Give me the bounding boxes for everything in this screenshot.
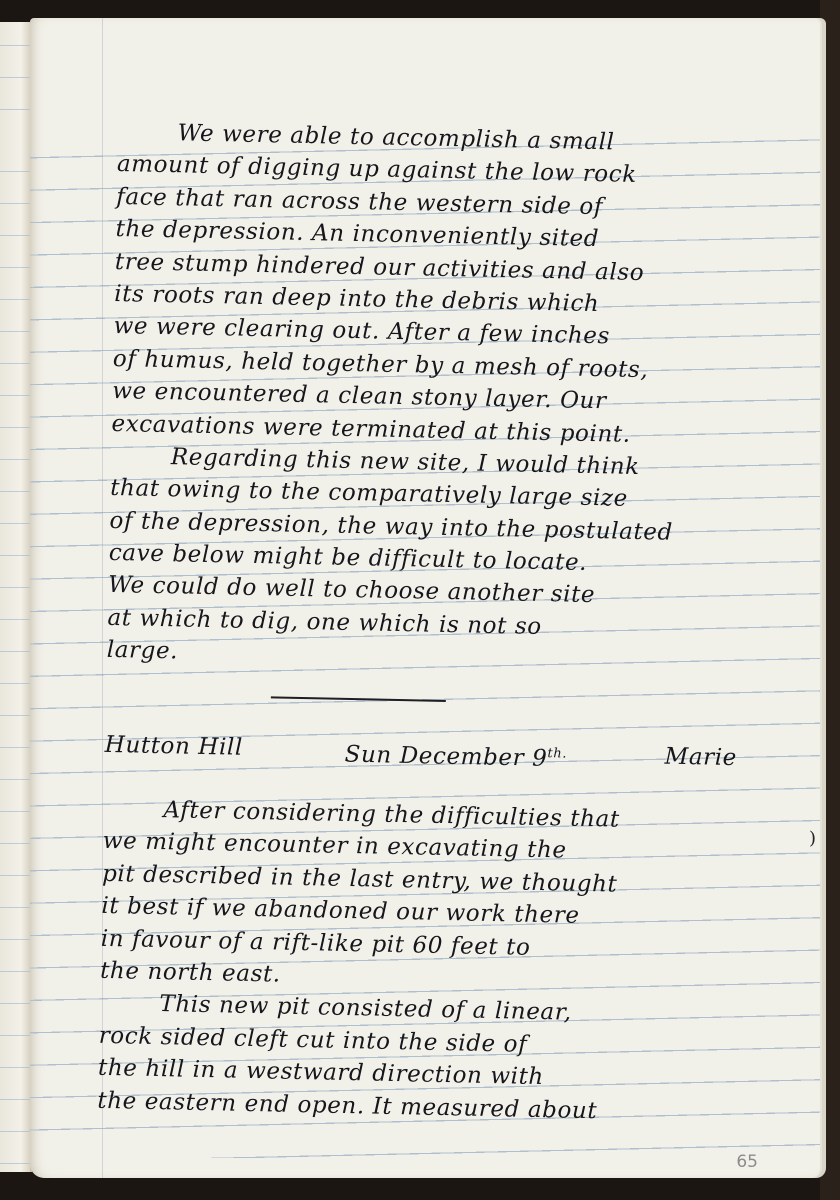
entry-heading: Hutton Hill Sun December 9th. Marie <box>104 729 795 776</box>
handwritten-text: We were able to accomplish a small amoun… <box>97 116 808 1131</box>
margin-mark: ) <box>809 828 816 849</box>
paragraph-new-site: Regarding this new site, I would think t… <box>106 440 801 681</box>
left-page-edge <box>0 22 32 1172</box>
entry-date-text: Sun December 9 <box>344 741 547 771</box>
notebook-page: We were able to accomplish a small amoun… <box>30 18 820 1178</box>
section-divider <box>271 696 446 702</box>
page-number: 65 <box>736 1152 758 1172</box>
paragraph-new-pit: This new pit consisted of a linear, rock… <box>97 987 790 1131</box>
entry-place: Hutton Hill <box>104 729 345 766</box>
paragraph-excavation: We were able to accomplish a small amoun… <box>111 116 808 454</box>
entry-date-suffix: th. <box>547 746 567 761</box>
background-edge <box>820 0 840 1200</box>
paragraph-abandon: After considering the difficulties that … <box>100 793 794 1002</box>
entry-author: Marie <box>664 740 737 774</box>
entry-date: Sun December 9th. <box>344 734 665 773</box>
